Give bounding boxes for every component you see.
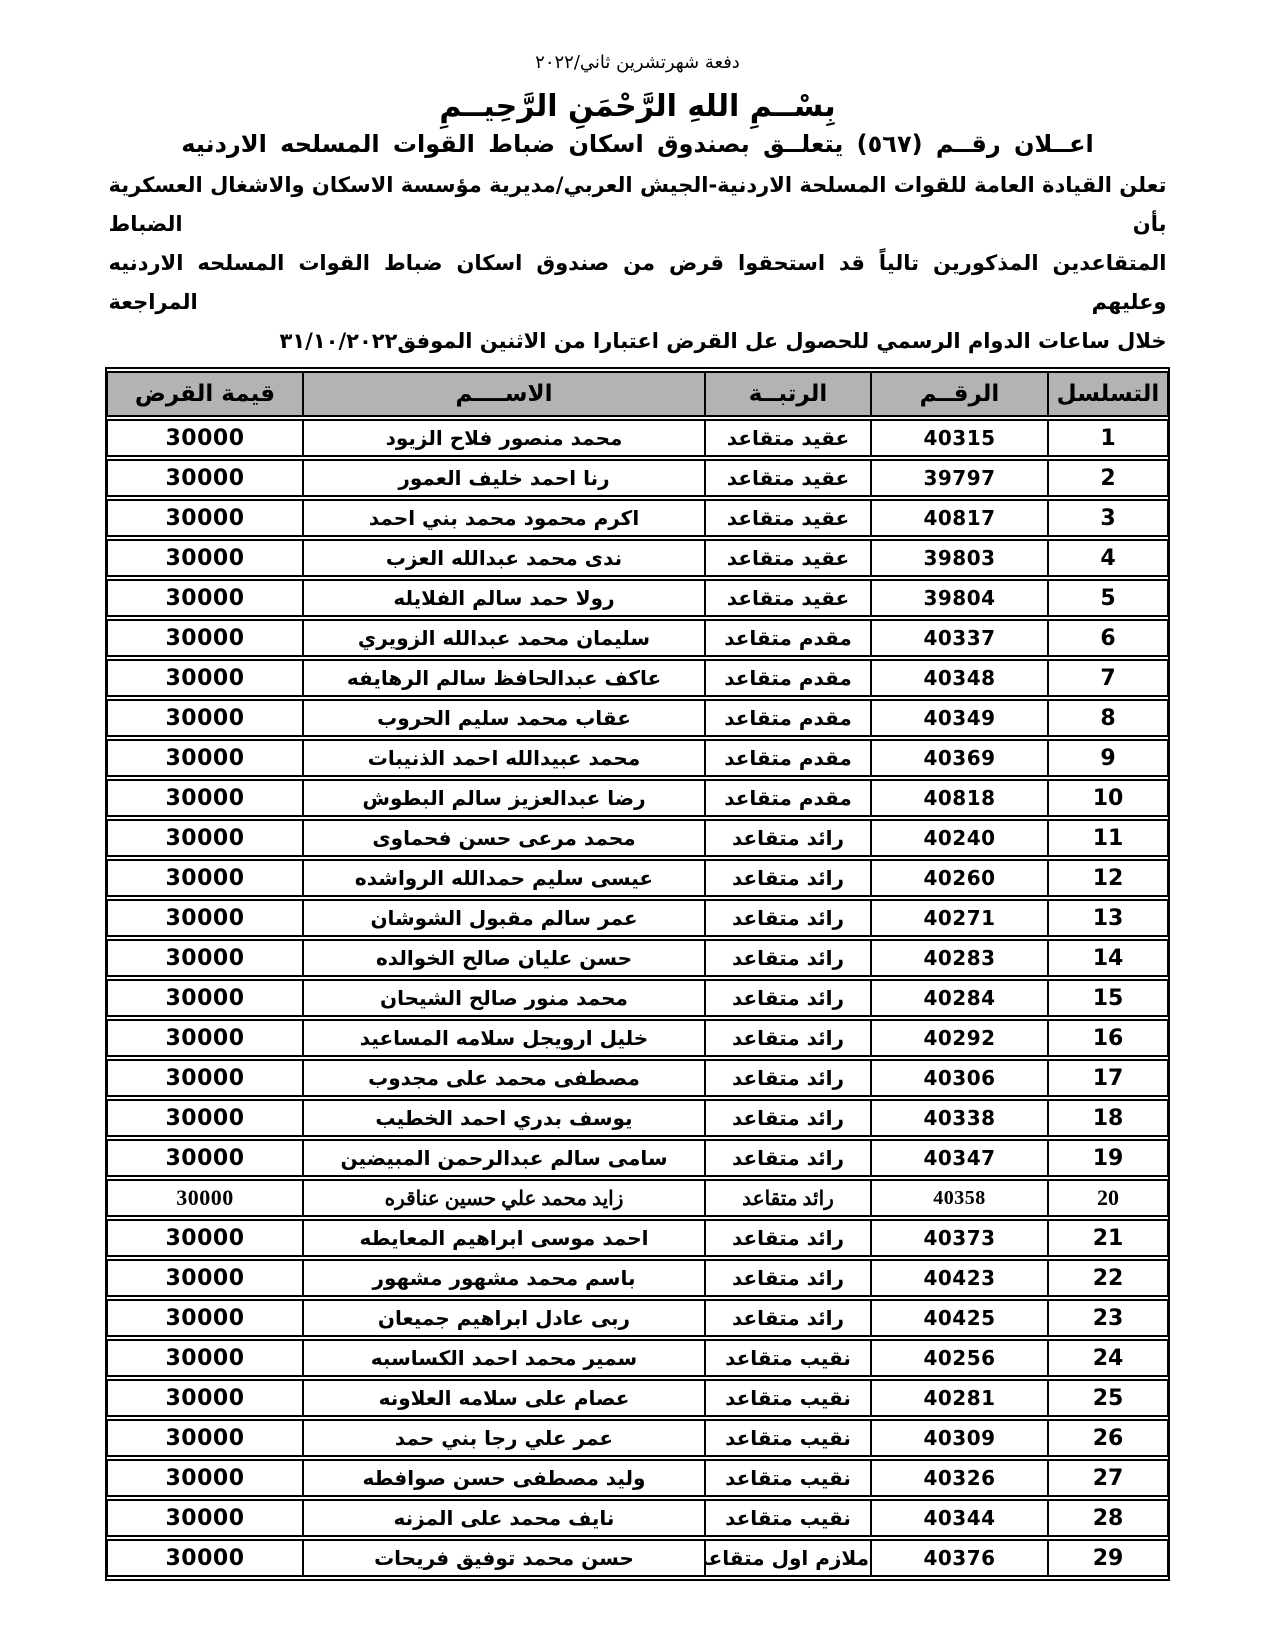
number-cell: 40817: [871, 499, 1048, 537]
name-cell: ندى محمد عبدالله العزب: [303, 539, 705, 577]
loan-cell: 30000: [107, 1139, 303, 1177]
table-row: 2440256نقيب متقاعدسمير محمد احمد الكساسب…: [107, 1339, 1168, 1377]
table-row: 239797عقيد متقاعدرنا احمد خليف العمور300…: [107, 459, 1168, 497]
loan-cell: 30000: [107, 1339, 303, 1377]
loan-cell: 30000: [107, 939, 303, 977]
serial-cell: 11: [1048, 819, 1168, 857]
rank-cell: رائد متقاعد: [705, 819, 871, 857]
number-cell: 40425: [871, 1299, 1048, 1337]
loan-cell: 30000: [107, 699, 303, 737]
rank-cell: رائد متقاعد: [705, 1299, 871, 1337]
table-row: 1740306رائد متقاعدمصطفى محمد على مجدوب30…: [107, 1059, 1168, 1097]
name-cell: نايف محمد على المزنه: [303, 1499, 705, 1537]
name-cell: عيسى سليم حمدالله الرواشده: [303, 859, 705, 897]
name-cell: رولا حمد سالم الفلايله: [303, 579, 705, 617]
number-cell: 40315: [871, 419, 1048, 457]
serial-cell: 2: [1048, 459, 1168, 497]
number-cell: 40337: [871, 619, 1048, 657]
rank-cell: نقيب متقاعد: [705, 1339, 871, 1377]
loan-cell: 30000: [107, 1019, 303, 1057]
serial-cell: 12: [1048, 859, 1168, 897]
table-row: 1240260رائد متقاعدعيسى سليم حمدالله الرو…: [107, 859, 1168, 897]
number-cell: 40347: [871, 1139, 1048, 1177]
table-header-row: التسلسل الرقــم الرتبــة الاســــم قيمة …: [107, 371, 1168, 417]
loan-cell: 30000: [107, 1299, 303, 1337]
name-cell: مصطفى محمد على مجدوب: [303, 1059, 705, 1097]
rank-cell: مقدم متقاعد: [705, 659, 871, 697]
table-row: 2140373رائد متقاعداحمد موسى ابراهيم المع…: [107, 1219, 1168, 1257]
loan-cell: 30000: [107, 1099, 303, 1137]
table-row: 1340271رائد متقاعدعمر سالم مقبول الشوشان…: [107, 899, 1168, 937]
name-cell: باسم محمد مشهور مشهور: [303, 1259, 705, 1297]
serial-cell: 27: [1048, 1459, 1168, 1497]
serial-cell: 8: [1048, 699, 1168, 737]
rank-cell: رائد متقاعد: [705, 1139, 871, 1177]
number-cell: 40349: [871, 699, 1048, 737]
table-row: 2840344نقيب متقاعدنايف محمد على المزنه30…: [107, 1499, 1168, 1537]
name-cell: حسن محمد توفيق فريحات: [303, 1539, 705, 1577]
loan-cell: 30000: [107, 659, 303, 697]
number-cell: 39803: [871, 539, 1048, 577]
name-cell: سامى سالم عبدالرحمن المبيضين: [303, 1139, 705, 1177]
announcement-body: تعلن القيادة العامة للقوات المسلحة الارد…: [109, 166, 1167, 361]
header-loan: قيمة القرض: [107, 371, 303, 417]
number-cell: 40256: [871, 1339, 1048, 1377]
serial-cell: 23: [1048, 1299, 1168, 1337]
batch-month-line: دفعة شهرتشرين ثاني/٢٠٢٢: [0, 52, 1275, 73]
name-cell: سليمان محمد عبدالله الزويري: [303, 619, 705, 657]
number-cell: 40240: [871, 819, 1048, 857]
loan-cell: 30000: [107, 1179, 303, 1217]
serial-cell: 24: [1048, 1339, 1168, 1377]
header-name: الاســــم: [303, 371, 705, 417]
number-cell: 40348: [871, 659, 1048, 697]
loan-cell: 30000: [107, 859, 303, 897]
rank-cell: مقدم متقاعد: [705, 779, 871, 817]
name-cell: وليد مصطفى حسن صوافطه: [303, 1459, 705, 1497]
loan-cell: 30000: [107, 739, 303, 777]
rank-cell: رائد متقاعد: [705, 939, 871, 977]
name-cell: ربى عادل ابراهيم جميعان: [303, 1299, 705, 1337]
name-cell: اكرم محمود محمد بني احمد: [303, 499, 705, 537]
loan-cell: 30000: [107, 979, 303, 1017]
header-serial: التسلسل: [1048, 371, 1168, 417]
loan-cell: 30000: [107, 779, 303, 817]
serial-cell: 7: [1048, 659, 1168, 697]
table-row: 2040358رائد متقاعدزايد محمد علي حسين عنا…: [107, 1179, 1168, 1217]
officers-loan-table: التسلسل الرقــم الرتبــة الاســــم قيمة …: [105, 367, 1170, 1581]
number-cell: 40283: [871, 939, 1048, 977]
number-cell: 40373: [871, 1219, 1048, 1257]
name-cell: عمر علي رجا بني حمد: [303, 1419, 705, 1457]
rank-cell: نقيب متقاعد: [705, 1499, 871, 1537]
number-cell: 40376: [871, 1539, 1048, 1577]
loan-cell: 30000: [107, 1499, 303, 1537]
name-cell: محمد عبيدالله احمد الذنيبات: [303, 739, 705, 777]
name-cell: محمد منصور فلاح الزيود: [303, 419, 705, 457]
number-cell: 40338: [871, 1099, 1048, 1137]
loan-cell: 30000: [107, 1259, 303, 1297]
rank-cell: رائد متقاعد: [705, 1179, 871, 1217]
table-row: 539804عقيد متقاعدرولا حمد سالم الفلايله3…: [107, 579, 1168, 617]
serial-cell: 22: [1048, 1259, 1168, 1297]
loan-cell: 30000: [107, 1459, 303, 1497]
table-row: 740348مقدم متقاعدعاكف عبدالحافظ سالم الر…: [107, 659, 1168, 697]
table-row: 2940376ملازم اول متقاعدحسن محمد توفيق فر…: [107, 1539, 1168, 1577]
table-row: 2540281نقيب متقاعدعصام على سلامه العلاون…: [107, 1379, 1168, 1417]
body-line-1: تعلن القيادة العامة للقوات المسلحة الارد…: [109, 166, 1167, 244]
serial-cell: 28: [1048, 1499, 1168, 1537]
table-row: 1640292رائد متقاعدخليل ارويجل سلامه المس…: [107, 1019, 1168, 1057]
table-row: 439803عقيد متقاعدندى محمد عبدالله العزب3…: [107, 539, 1168, 577]
table-row: 2340425رائد متقاعدربى عادل ابراهيم جميعا…: [107, 1299, 1168, 1337]
name-cell: رنا احمد خليف العمور: [303, 459, 705, 497]
loan-cell: 30000: [107, 1539, 303, 1577]
serial-cell: 25: [1048, 1379, 1168, 1417]
serial-cell: 15: [1048, 979, 1168, 1017]
serial-cell: 14: [1048, 939, 1168, 977]
number-cell: 40326: [871, 1459, 1048, 1497]
rank-cell: عقيد متقاعد: [705, 579, 871, 617]
rank-cell: نقيب متقاعد: [705, 1379, 871, 1417]
name-cell: عاكف عبدالحافظ سالم الرهايفه: [303, 659, 705, 697]
serial-cell: 17: [1048, 1059, 1168, 1097]
name-cell: عمر سالم مقبول الشوشان: [303, 899, 705, 937]
table-row: 140315عقيد متقاعدمحمد منصور فلاح الزيود3…: [107, 419, 1168, 457]
loan-cell: 30000: [107, 1059, 303, 1097]
table-row: 1040818مقدم متقاعدرضا عبدالعزيز سالم الب…: [107, 779, 1168, 817]
header-number: الرقــم: [871, 371, 1048, 417]
name-cell: عقاب محمد سليم الحروب: [303, 699, 705, 737]
rank-cell: عقيد متقاعد: [705, 459, 871, 497]
body-line-3: خلال ساعات الدوام الرسمي للحصول عل القرض…: [109, 322, 1167, 361]
loan-cell: 30000: [107, 539, 303, 577]
number-cell: 39804: [871, 579, 1048, 617]
table-body: 140315عقيد متقاعدمحمد منصور فلاح الزيود3…: [107, 419, 1168, 1577]
table-row: 2640309نقيب متقاعدعمر علي رجا بني حمد300…: [107, 1419, 1168, 1457]
name-cell: محمد مرعى حسن فحماوى: [303, 819, 705, 857]
rank-cell: مقدم متقاعد: [705, 619, 871, 657]
name-cell: خليل ارويجل سلامه المساعيد: [303, 1019, 705, 1057]
name-cell: محمد منور صالح الشيحان: [303, 979, 705, 1017]
serial-cell: 9: [1048, 739, 1168, 777]
table-row: 1140240رائد متقاعدمحمد مرعى حسن فحماوى30…: [107, 819, 1168, 857]
number-cell: 40423: [871, 1259, 1048, 1297]
table-row: 340817عقيد متقاعداكرم محمود محمد بني احم…: [107, 499, 1168, 537]
serial-cell: 20: [1048, 1179, 1168, 1217]
name-cell: سمير محمد احمد الكساسبه: [303, 1339, 705, 1377]
serial-cell: 26: [1048, 1419, 1168, 1457]
table-row: 2240423رائد متقاعدباسم محمد مشهور مشهور3…: [107, 1259, 1168, 1297]
name-cell: حسن عليان صالح الخوالده: [303, 939, 705, 977]
rank-cell: رائد متقاعد: [705, 859, 871, 897]
number-cell: 40284: [871, 979, 1048, 1017]
number-cell: 40358: [871, 1179, 1048, 1217]
serial-cell: 10: [1048, 779, 1168, 817]
rank-cell: رائد متقاعد: [705, 1259, 871, 1297]
serial-cell: 29: [1048, 1539, 1168, 1577]
loan-cell: 30000: [107, 419, 303, 457]
body-line-2: المتقاعدين المذكورين تالياً قد استحقوا ق…: [109, 244, 1167, 322]
rank-cell: نقيب متقاعد: [705, 1419, 871, 1457]
number-cell: 40818: [871, 779, 1048, 817]
announcement-title: اعــلان رقــم (٥٦٧) يتعلــق بصندوق اسكان…: [0, 130, 1275, 158]
number-cell: 39797: [871, 459, 1048, 497]
number-cell: 40260: [871, 859, 1048, 897]
header-rank: الرتبــة: [705, 371, 871, 417]
rank-cell: رائد متقاعد: [705, 1219, 871, 1257]
loan-cell: 30000: [107, 1419, 303, 1457]
serial-cell: 18: [1048, 1099, 1168, 1137]
serial-cell: 13: [1048, 899, 1168, 937]
table-row: 840349مقدم متقاعدعقاب محمد سليم الحروب30…: [107, 699, 1168, 737]
rank-cell: نقيب متقاعد: [705, 1459, 871, 1497]
document-page: دفعة شهرتشرين ثاني/٢٠٢٢ بِسْــمِ اللهِ ا…: [0, 0, 1275, 1650]
serial-cell: 16: [1048, 1019, 1168, 1057]
serial-cell: 21: [1048, 1219, 1168, 1257]
loan-cell: 30000: [107, 1219, 303, 1257]
serial-cell: 3: [1048, 499, 1168, 537]
serial-cell: 5: [1048, 579, 1168, 617]
number-cell: 40271: [871, 899, 1048, 937]
table-row: 2740326نقيب متقاعدوليد مصطفى حسن صوافطه3…: [107, 1459, 1168, 1497]
rank-cell: عقيد متقاعد: [705, 419, 871, 457]
name-cell: احمد موسى ابراهيم المعايطه: [303, 1219, 705, 1257]
loan-cell: 30000: [107, 619, 303, 657]
name-cell: يوسف بدري احمد الخطيب: [303, 1099, 705, 1137]
loan-cell: 30000: [107, 459, 303, 497]
number-cell: 40281: [871, 1379, 1048, 1417]
loan-cell: 30000: [107, 899, 303, 937]
rank-cell: رائد متقاعد: [705, 1019, 871, 1057]
rank-cell: رائد متقاعد: [705, 979, 871, 1017]
table-row: 1440283رائد متقاعدحسن عليان صالح الخوالد…: [107, 939, 1168, 977]
number-cell: 40344: [871, 1499, 1048, 1537]
serial-cell: 19: [1048, 1139, 1168, 1177]
rank-cell: عقيد متقاعد: [705, 539, 871, 577]
loan-cell: 30000: [107, 579, 303, 617]
number-cell: 40292: [871, 1019, 1048, 1057]
basmala-text: بِسْــمِ اللهِ الرَّحْمَنِ الرَّحِيــمِ: [0, 89, 1275, 124]
name-cell: عصام على سلامه العلاونه: [303, 1379, 705, 1417]
loan-cell: 30000: [107, 1379, 303, 1417]
rank-cell: عقيد متقاعد: [705, 499, 871, 537]
rank-cell: رائد متقاعد: [705, 1059, 871, 1097]
table-row: 940369مقدم متقاعدمحمد عبيدالله احمد الذن…: [107, 739, 1168, 777]
name-cell: رضا عبدالعزيز سالم البطوش: [303, 779, 705, 817]
serial-cell: 4: [1048, 539, 1168, 577]
serial-cell: 1: [1048, 419, 1168, 457]
table-row: 1840338رائد متقاعديوسف بدري احمد الخطيب3…: [107, 1099, 1168, 1137]
table-row: 1540284رائد متقاعدمحمد منور صالح الشيحان…: [107, 979, 1168, 1017]
number-cell: 40309: [871, 1419, 1048, 1457]
table-row: 1940347رائد متقاعدسامى سالم عبدالرحمن ال…: [107, 1139, 1168, 1177]
rank-cell: مقدم متقاعد: [705, 699, 871, 737]
rank-cell: رائد متقاعد: [705, 1099, 871, 1137]
rank-cell: رائد متقاعد: [705, 899, 871, 937]
rank-cell: مقدم متقاعد: [705, 739, 871, 777]
loan-cell: 30000: [107, 499, 303, 537]
serial-cell: 6: [1048, 619, 1168, 657]
loan-cell: 30000: [107, 819, 303, 857]
table-row: 640337مقدم متقاعدسليمان محمد عبدالله الز…: [107, 619, 1168, 657]
name-cell: زايد محمد علي حسين عناقره: [303, 1179, 705, 1217]
number-cell: 40369: [871, 739, 1048, 777]
number-cell: 40306: [871, 1059, 1048, 1097]
rank-cell: ملازم اول متقاعد: [705, 1539, 871, 1577]
